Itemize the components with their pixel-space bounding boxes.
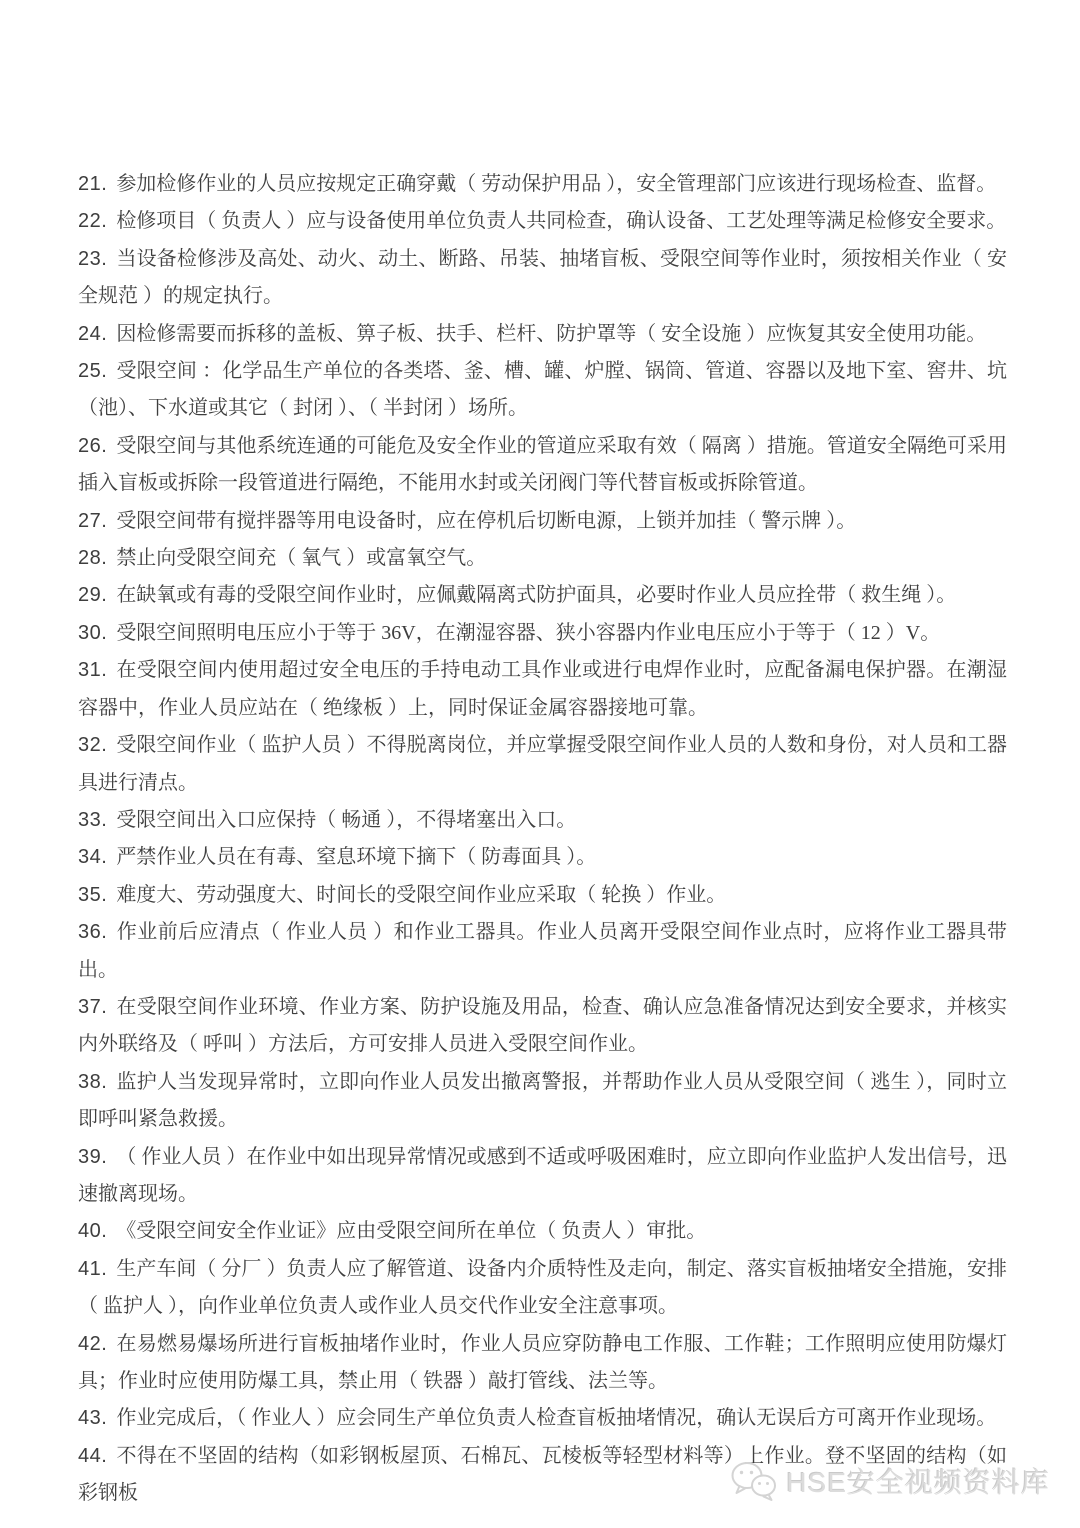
question-item: 21.参加检修作业的人员应按规定正确穿戴（ 劳动保护用品 ），安全管理部门应该进… — [78, 166, 1007, 203]
question-number: 27. — [78, 510, 107, 532]
question-number: 25. — [78, 360, 107, 382]
question-text: 禁止向受限空间充（ 氧气 ）或富氧空气。 — [116, 547, 486, 569]
question-text: 《受限空间安全作业证》应由受限空间所在单位（ 负责人 ）审批。 — [116, 1220, 706, 1242]
question-number: 40. — [78, 1220, 107, 1242]
question-number: 37. — [78, 996, 107, 1018]
question-number: 41. — [78, 1258, 107, 1280]
question-item: 37.在受限空间作业环境、作业方案、防护设施及用品，检查、确认应急准备情况达到安… — [78, 989, 1007, 1064]
question-number: 24. — [78, 323, 107, 345]
question-item: 35.难度大、劳动强度大、时间长的受限空间作业应采取（ 轮换 ）作业。 — [78, 877, 1007, 914]
question-text: 在受限空间作业环境、作业方案、防护设施及用品，检查、确认应急准备情况达到安全要求… — [78, 996, 1007, 1055]
question-text: 检修项目（ 负责人 ）应与设备使用单位负责人共同检查，确认设备、工艺处理等满足检… — [116, 210, 1006, 232]
question-item: 34.严禁作业人员在有毒、窒息环境下摘下（ 防毒面具 ）。 — [78, 839, 1007, 876]
document-page: 21.参加检修作业的人员应按规定正确穿戴（ 劳动保护用品 ），安全管理部门应该进… — [0, 0, 1080, 1528]
question-number: 31. — [78, 659, 107, 681]
question-text: 受限空间照明电压应小于等于 36V，在潮湿容器、狭小容器内作业电压应小于等于（ … — [116, 622, 940, 644]
question-text: 监护人当发现异常时，立即向作业人员发出撤离警报，并帮助作业人员从受限空间（ 逃生… — [78, 1071, 1007, 1130]
question-number: 34. — [78, 846, 107, 868]
question-number: 33. — [78, 809, 107, 831]
question-text: 在受限空间内使用超过安全电压的手持电动工具作业或进行电焊作业时，应配备漏电保护器… — [78, 659, 1007, 718]
question-item: 28.禁止向受限空间充（ 氧气 ）或富氧空气。 — [78, 540, 1007, 577]
question-text: 当设备检修涉及高处、动火、动土、断路、吊装、抽堵盲板、受限空间等作业时，须按相关… — [78, 248, 1007, 307]
question-text: 参加检修作业的人员应按规定正确穿戴（ 劳动保护用品 ），安全管理部门应该进行现场… — [116, 173, 996, 195]
question-number: 26. — [78, 435, 107, 457]
question-text: 严禁作业人员在有毒、窒息环境下摘下（ 防毒面具 ）。 — [116, 846, 596, 868]
question-text: 因检修需要而拆移的盖板、箅子板、扶手、栏杆、防护罩等（ 安全设施 ）应恢复其安全… — [116, 323, 986, 345]
question-text: 受限空间 ：化学品生产单位的各类塔、釜、槽、罐、炉膛、锅筒、管道、容器以及地下室… — [78, 360, 1007, 419]
question-item: 40.《受限空间安全作业证》应由受限空间所在单位（ 负责人 ）审批。 — [78, 1213, 1007, 1250]
question-number: 36. — [78, 921, 107, 943]
question-item: 27.受限空间带有搅拌器等用电设备时，应在停机后切断电源，上锁并加挂（ 警示牌 … — [78, 503, 1007, 540]
question-item: 42.在易燃易爆场所进行盲板抽堵作业时，作业人员应穿防静电工作服、工作鞋；工作照… — [78, 1326, 1007, 1401]
question-text: 生产车间（ 分厂 ）负责人应了解管道、设备内介质特性及走向，制定、落实盲板抽堵安… — [78, 1258, 1007, 1317]
question-item: 32.受限空间作业（ 监护人员 ）不得脱离岗位，并应掌握受限空间作业人员的人数和… — [78, 727, 1007, 802]
question-text: 受限空间带有搅拌器等用电设备时，应在停机后切断电源，上锁并加挂（ 警示牌 ）。 — [116, 510, 856, 532]
question-text: 作业完成后，（ 作业人 ）应会同生产单位负责人检查盲板抽堵情况，确认无误后方可离… — [116, 1407, 996, 1429]
question-text: 受限空间出入口应保持（ 畅通 ），不得堵塞出入口。 — [116, 809, 576, 831]
question-item: 22.检修项目（ 负责人 ）应与设备使用单位负责人共同检查，确认设备、工艺处理等… — [78, 203, 1007, 240]
question-number: 29. — [78, 584, 107, 606]
watermark-label: HSE安全视频资料库 — [786, 1461, 1050, 1501]
question-item: 38.监护人当发现异常时，立即向作业人员发出撤离警报，并帮助作业人员从受限空间（… — [78, 1064, 1007, 1139]
question-item: 25.受限空间 ：化学品生产单位的各类塔、釜、槽、罐、炉膛、锅筒、管道、容器以及… — [78, 353, 1007, 428]
question-text: 在易燃易爆场所进行盲板抽堵作业时，作业人员应穿防静电工作服、工作鞋；工作照明应使… — [78, 1333, 1007, 1392]
question-number: 21. — [78, 173, 107, 195]
question-number: 35. — [78, 884, 107, 906]
question-number: 44. — [78, 1445, 107, 1467]
question-text: 在缺氧或有毒的受限空间作业时，应佩戴隔离式防护面具，必要时作业人员应拴带（ 救生… — [116, 584, 956, 606]
question-text: （ 作业人员 ）在作业中如出现异常情况或感到不适或呼吸困难时，应立即向作业监护人… — [78, 1146, 1007, 1205]
question-item: 41.生产车间（ 分厂 ）负责人应了解管道、设备内介质特性及走向，制定、落实盲板… — [78, 1251, 1007, 1326]
question-text: 作业前后应清点（ 作业人员 ）和作业工器具。作业人员离开受限空间作业点时，应将作… — [78, 921, 1007, 980]
question-item: 26.受限空间与其他系统连通的可能危及安全作业的管道应采取有效（ 隔离 ）措施。… — [78, 428, 1007, 503]
question-text: 受限空间与其他系统连通的可能危及安全作业的管道应采取有效（ 隔离 ）措施。管道安… — [78, 435, 1007, 494]
question-item: 43.作业完成后，（ 作业人 ）应会同生产单位负责人检查盲板抽堵情况，确认无误后… — [78, 1400, 1007, 1437]
question-item: 30.受限空间照明电压应小于等于 36V，在潮湿容器、狭小容器内作业电压应小于等… — [78, 615, 1007, 652]
question-number: 30. — [78, 622, 107, 644]
question-number: 43. — [78, 1407, 107, 1429]
question-list: 21.参加检修作业的人员应按规定正确穿戴（ 劳动保护用品 ），安全管理部门应该进… — [78, 166, 1007, 1513]
question-item: 33.受限空间出入口应保持（ 畅通 ），不得堵塞出入口。 — [78, 802, 1007, 839]
watermark: HSE安全视频资料库 — [730, 1460, 1050, 1502]
question-item: 24.因检修需要而拆移的盖板、箅子板、扶手、栏杆、防护罩等（ 安全设施 ）应恢复… — [78, 316, 1007, 353]
question-number: 42. — [78, 1333, 107, 1355]
question-number: 39. — [78, 1146, 107, 1168]
question-number: 23. — [78, 248, 107, 270]
question-number: 28. — [78, 547, 107, 569]
question-number: 38. — [78, 1071, 107, 1093]
wechat-icon — [730, 1460, 778, 1502]
question-text: 难度大、劳动强度大、时间长的受限空间作业应采取（ 轮换 ）作业。 — [116, 884, 726, 906]
question-number: 22. — [78, 210, 107, 232]
question-item: 23.当设备检修涉及高处、动火、动土、断路、吊装、抽堵盲板、受限空间等作业时，须… — [78, 241, 1007, 316]
question-text: 受限空间作业（ 监护人员 ）不得脱离岗位，并应掌握受限空间作业人员的人数和身份，… — [78, 734, 1007, 793]
question-item: 29.在缺氧或有毒的受限空间作业时，应佩戴隔离式防护面具，必要时作业人员应拴带（… — [78, 577, 1007, 614]
question-item: 36.作业前后应清点（ 作业人员 ）和作业工器具。作业人员离开受限空间作业点时，… — [78, 914, 1007, 989]
question-number: 32. — [78, 734, 107, 756]
question-item: 39.（ 作业人员 ）在作业中如出现异常情况或感到不适或呼吸困难时，应立即向作业… — [78, 1139, 1007, 1214]
question-item: 31.在受限空间内使用超过安全电压的手持电动工具作业或进行电焊作业时，应配备漏电… — [78, 652, 1007, 727]
